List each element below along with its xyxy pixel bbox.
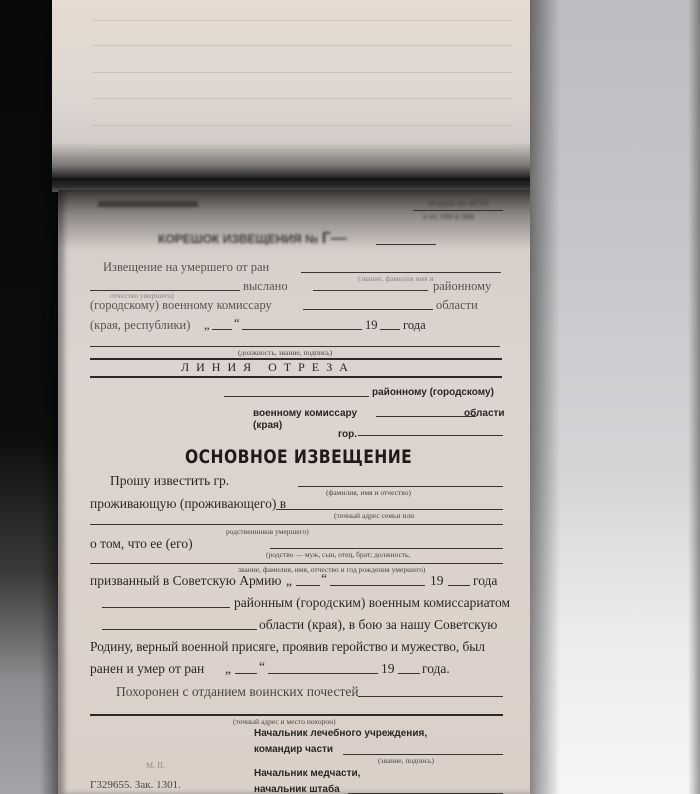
- form-number: Форма № 4/ГУК: [428, 199, 489, 208]
- p3-caption: родственников умершего): [226, 527, 309, 536]
- city-field[interactable]: [358, 435, 503, 436]
- stub-year-prefix: 19: [365, 318, 378, 333]
- relation-field[interactable]: [270, 548, 503, 549]
- stub-year-suffix: года: [403, 318, 426, 333]
- death-day-field[interactable]: [235, 673, 257, 674]
- p6-year-suffix: года: [473, 573, 497, 589]
- p9-text: Родину, верный военной присяге, проявив …: [90, 639, 485, 655]
- stub-number-prefix: Г—: [322, 230, 347, 247]
- commissariat-region-field[interactable]: [102, 629, 257, 630]
- district-field[interactable]: [224, 396, 369, 397]
- stub-line1-caption: (звание, фамилия имя и: [358, 274, 433, 283]
- stub-title: КОРЕШОК ИЗВЕЩЕНИЯ № Г—: [158, 230, 347, 248]
- stub-region-field[interactable]: [303, 309, 433, 310]
- stub-region-label: области: [436, 298, 478, 313]
- address-field-cont[interactable]: [90, 524, 503, 525]
- p11-label: Похоронен с отданием воинских почестей: [116, 684, 359, 700]
- sig2-line1: Начальник медчасти,: [254, 768, 360, 779]
- cut-line-bottom-rule: [90, 376, 502, 378]
- p7-text: районным (городским) военным комиссариат…: [234, 595, 510, 611]
- p2-label: проживающую (проживающего) в: [90, 496, 286, 512]
- form-article: к ст. 150 и 166: [423, 212, 474, 221]
- print-code: Г329655. Зак. 1301.: [90, 779, 181, 791]
- previous-page: [52, 0, 530, 178]
- sig2-line2: начальник штаба: [254, 784, 340, 794]
- stub-district-label: районному: [433, 279, 491, 294]
- p1-label: Прошу известить гр.: [110, 473, 229, 489]
- commissar-label: военному комиссару: [253, 408, 357, 419]
- city-label: гор.: [338, 429, 357, 440]
- stub-commissar-label: (городскому) военному комиссару: [90, 298, 272, 313]
- death-year-field[interactable]: [398, 673, 420, 674]
- stub-number-field[interactable]: [376, 244, 436, 245]
- p1-caption: (фамилия, имя и отчество): [326, 488, 411, 497]
- conscription-day-field[interactable]: [296, 585, 320, 586]
- sig1-line1: Начальник лечебного учреждения,: [254, 728, 427, 739]
- sig1-field[interactable]: [343, 754, 503, 755]
- p6-year-prefix: 19: [430, 573, 444, 589]
- conscription-year-field[interactable]: [448, 585, 470, 586]
- address-field[interactable]: [276, 509, 503, 510]
- right-scan-edge: [688, 0, 700, 794]
- stub-signature-caption: (должность, звание, подпись): [238, 348, 332, 357]
- p10-year-suffix: года.: [422, 661, 450, 677]
- p10-year-prefix: 19: [381, 661, 395, 677]
- district-label: районному (городскому): [372, 387, 494, 398]
- notification-form-page: Форма № 4/ГУК к ст. 150 и 166 КОРЕШОК ИЗ…: [58, 190, 530, 794]
- stamp-place: М. П.: [146, 761, 165, 770]
- p4-caption: (родство — муж, сын, отец, брат; должнос…: [266, 550, 410, 559]
- stub-line1-label: Извещение на умершего от ран: [103, 260, 269, 275]
- p10-quote-open: „: [225, 661, 231, 677]
- stub-title-text: КОРЕШОК ИЗВЕЩЕНИЯ №: [158, 232, 318, 246]
- p8-text: области (края), в бою за нашу Советскую: [259, 617, 497, 633]
- top-left-blurred-text: [98, 201, 198, 207]
- main-title: ОСНОВНОЕ ИЗВЕЩЕНИЕ: [185, 446, 412, 468]
- burial-field[interactable]: [358, 696, 503, 697]
- right-page-shadow: [530, 0, 560, 794]
- p4-label: о том, что ее (его): [90, 536, 193, 552]
- stub-quote-close: “: [234, 316, 240, 331]
- p6-quote-open: „: [286, 573, 292, 589]
- cut-line-label: ЛИНИЯ ОТРЕЗА: [181, 360, 355, 375]
- stub-quote-open: „: [204, 318, 210, 333]
- conscription-month-field[interactable]: [330, 585, 425, 586]
- sig1-caption: (звание, подпись): [378, 756, 434, 765]
- stub-year-field[interactable]: [380, 329, 400, 330]
- p6-label: призванный в Советскую Армию: [90, 573, 281, 589]
- commissariat-district-field[interactable]: [102, 607, 230, 608]
- commissar-region-field[interactable]: [376, 416, 476, 417]
- stub-signature-field[interactable]: [90, 346, 500, 347]
- stub-sent-field[interactable]: [313, 290, 428, 291]
- stub-month-field[interactable]: [242, 329, 362, 330]
- p11-caption: (точный адрес и место похорон): [233, 717, 336, 726]
- p6-quote-close: “: [321, 571, 327, 587]
- stub-sent-label: выслано: [243, 279, 288, 294]
- region-label: области: [464, 408, 505, 419]
- krai-label: (края): [253, 420, 282, 431]
- sig1-line2: командир части: [254, 744, 333, 755]
- death-month-field[interactable]: [268, 673, 378, 674]
- p10-label: ранен и умер от ран: [90, 661, 204, 677]
- form-number-rule: [413, 210, 503, 211]
- stub-krai-label: (края, республики): [90, 318, 190, 333]
- stub-deceased-field[interactable]: [301, 272, 501, 273]
- p2-caption: (точный адрес семьи или: [334, 511, 414, 520]
- stub-day-field[interactable]: [212, 329, 232, 330]
- p10-quote-close: “: [259, 659, 265, 675]
- relation-field-cont[interactable]: [90, 563, 503, 564]
- burial-field-cont[interactable]: [90, 714, 503, 716]
- recipient-name-field[interactable]: [298, 486, 503, 487]
